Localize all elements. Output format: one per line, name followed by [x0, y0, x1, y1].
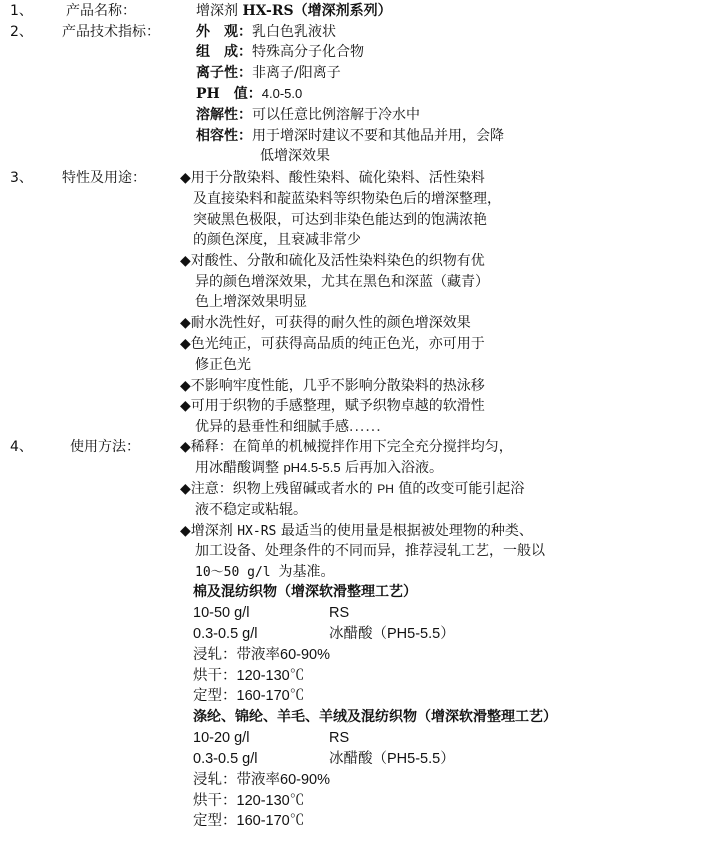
spec-value: 乳白色乳液状 [252, 24, 336, 40]
product-name-value: 增深剂 HX-RS（增深剂系列） [196, 1, 392, 21]
step-key: 浸轧： [193, 647, 237, 663]
section-number-4: 4、 [10, 437, 33, 457]
spec-key: 离子性： [196, 65, 252, 81]
process-amount: 10-50 g/l [193, 605, 249, 621]
step-key: 烘干： [193, 668, 237, 684]
product-code: HX-RS [237, 524, 276, 539]
feature-item: ◆耐水洗性好，可获得的耐久性的颜色增深效果 [180, 313, 471, 333]
step-key: 浸轧： [193, 772, 237, 788]
spec-solubility: 溶解性：可以任意比例溶解于冷水中 [196, 105, 420, 125]
bullet-diamond-icon: ◆ [180, 315, 191, 331]
usage-text-part: 为基准。 [278, 564, 334, 580]
trailing-dots: ...... [349, 419, 382, 435]
section-number-2: 2、 [10, 22, 33, 42]
bullet-diamond-icon: ◆ [180, 253, 191, 269]
usage-text-part: 用冰醋酸调整 [195, 460, 283, 476]
label-tech-specs: 产品技术指标： [62, 22, 160, 42]
spec-compatibility: 相容性：用于增深时建议不要和其他品并用，会降 [196, 126, 504, 146]
usage-item: ◆注意：织物上残留碱或者水的 PH 值的改变可能引起浴 [180, 479, 524, 499]
bullet-diamond-icon: ◆ [180, 398, 191, 414]
process-step: 烘干：120-130℃ [193, 666, 304, 686]
feature-text: 用于分散染料、酸性染料、硫化染料、活性染料 [191, 170, 485, 186]
usage-item: ◆增深剂 HX-RS 最适当的使用量是根据被处理物的种类、 [180, 521, 533, 541]
process-row: 10-20 g/lRS [193, 728, 249, 748]
spec-composition: 组 成：特殊高分子化合物 [196, 42, 364, 62]
spec-appearance: 外 观：乳白色乳液状 [196, 22, 336, 42]
usage-text: 稀释：在简单的机械搅拌作用下完全充分搅拌均匀， [191, 439, 513, 455]
label-usage: 使用方法： [70, 437, 140, 457]
step-value: 带液率60-90% [237, 647, 330, 663]
ph-range: pH4.5-5.5 [283, 460, 340, 475]
spec-value: 4.0-5.0 [262, 86, 302, 101]
process-agent: 冰醋酸（PH5-5.5） [329, 749, 455, 769]
step-value: 带液率60-90% [237, 772, 330, 788]
process-step: 定型：160-170℃ [193, 686, 304, 706]
feature-text: 色光纯正，可获得高品质的纯正色光，亦可用于 [191, 336, 485, 352]
spec-ionic: 离子性：非离子/阳离子 [196, 63, 341, 83]
step-key: 烘干： [193, 793, 237, 809]
feature-text: 及直接染料和靛蓝染料等织物染色后的增深整理， [193, 189, 501, 209]
process-title-polyester: 涤纶、锦纶、羊毛、羊绒及混纺织物（增深软滑整理工艺） [193, 707, 557, 727]
spec-compatibility-cont: 低增深效果 [260, 146, 330, 166]
spec-ph: PH 值：4.0-5.0 [196, 84, 302, 104]
section-number-3: 3、 [10, 168, 33, 188]
feature-text-last: 优异的悬垂性和细腻手感...... [195, 417, 382, 437]
process-amount: 0.3-0.5 g/l [193, 751, 258, 767]
bullet-diamond-icon: ◆ [180, 336, 191, 352]
process-step: 浸轧：带液率60-90% [193, 645, 330, 665]
feature-text: 修正色光 [195, 355, 251, 375]
dosage: 10～50 g/l [195, 565, 278, 580]
process-row: 0.3-0.5 g/l冰醋酸（PH5-5.5） [193, 624, 258, 644]
process-step: 浸轧：带液率60-90% [193, 770, 330, 790]
feature-item: ◆对酸性、分散和硫化及活性染料染色的织物有优 [180, 251, 485, 271]
usage-item: ◆稀释：在简单的机械搅拌作用下完全充分搅拌均匀， [180, 437, 513, 457]
process-amount: 0.3-0.5 g/l [193, 626, 258, 642]
feature-text: 可用于织物的手感整理，赋予织物卓越的软滑性 [191, 398, 485, 414]
usage-text: 增深剂 [191, 523, 237, 539]
product-name-prefix: 增深剂 [196, 3, 242, 19]
spec-value: 非离子/阳离子 [252, 65, 341, 81]
step-key: 定型： [193, 688, 237, 704]
spec-key: 组 成： [196, 44, 252, 60]
usage-text: 加工设备、处理条件的不同而异，推荐浸轧工艺，一般以 [195, 541, 545, 561]
process-agent: RS [329, 728, 349, 748]
bullet-diamond-icon: ◆ [180, 481, 191, 497]
spec-key: PH 值： [196, 86, 262, 102]
process-step: 烘干：120-130℃ [193, 791, 304, 811]
spec-key: 外 观： [196, 24, 252, 40]
feature-item: ◆不影响牢度性能，几乎不影响分散染料的热泳移 [180, 376, 485, 396]
feature-item: ◆色光纯正，可获得高品质的纯正色光，亦可用于 [180, 334, 485, 354]
usage-text-part: 值的改变可能引起浴 [394, 481, 524, 497]
process-amount: 10-20 g/l [193, 730, 249, 746]
usage-text-part: 后再加入浴液。 [341, 460, 443, 476]
step-value: 120-130℃ [237, 793, 305, 809]
feature-text: 异的颜色增深效果，尤其在黑色和深蓝（藏青） [195, 272, 489, 292]
usage-text: 液不稳定或粘辊。 [195, 500, 307, 520]
feature-text: 对酸性、分散和硫化及活性染料染色的织物有优 [191, 253, 485, 269]
feature-text: 的颜色深度，且衰减非常少 [193, 230, 361, 250]
bullet-diamond-icon: ◆ [180, 170, 191, 186]
step-value: 160-170℃ [237, 688, 305, 704]
spec-key: 相容性： [196, 128, 252, 144]
feature-text: 色上增深效果明显 [195, 292, 307, 312]
feature-text: 耐水洗性好，可获得的耐久性的颜色增深效果 [191, 315, 471, 331]
process-title-cotton: 棉及混纺织物（增深软滑整理工艺） [193, 582, 417, 602]
step-key: 定型： [193, 813, 237, 829]
process-agent: 冰醋酸（PH5-5.5） [329, 624, 455, 644]
usage-text: 10～50 g/l 为基准。 [195, 562, 334, 582]
spec-key: 溶解性： [196, 107, 252, 123]
step-value: 120-130℃ [237, 668, 305, 684]
process-row: 0.3-0.5 g/l冰醋酸（PH5-5.5） [193, 749, 258, 769]
spec-value: 可以任意比例溶解于冷水中 [252, 107, 420, 123]
label-features: 特性及用途： [62, 168, 146, 188]
bullet-diamond-icon: ◆ [180, 378, 191, 394]
usage-text: 注意：织物上残留碱或者水的 [191, 481, 377, 497]
feature-text: 突破黑色极限，可达到非染色能达到的饱满浓艳 [193, 210, 487, 230]
step-value: 160-170℃ [237, 813, 305, 829]
process-step: 定型：160-170℃ [193, 811, 304, 831]
usage-text: 用冰醋酸调整 pH4.5-5.5 后再加入浴液。 [195, 458, 443, 478]
product-name-bold: HX-RS（增深剂系列） [242, 3, 391, 19]
spec-value: 特殊高分子化合物 [252, 44, 364, 60]
bullet-diamond-icon: ◆ [180, 439, 191, 455]
feature-text: 优异的悬垂性和细腻手感 [195, 419, 349, 435]
feature-item: ◆用于分散染料、酸性染料、硫化染料、活性染料 [180, 168, 485, 188]
ph-word: PH [377, 482, 394, 496]
label-product-name: 产品名称： [66, 1, 136, 21]
process-agent: RS [329, 603, 349, 623]
usage-text-part: 最适当的使用量是根据被处理物的种类、 [276, 523, 532, 539]
process-row: 10-50 g/lRS [193, 603, 249, 623]
feature-text: 不影响牢度性能，几乎不影响分散染料的热泳移 [191, 378, 485, 394]
spec-value: 用于增深时建议不要和其他品并用，会降 [252, 128, 504, 144]
bullet-diamond-icon: ◆ [180, 523, 191, 539]
feature-item: ◆可用于织物的手感整理，赋予织物卓越的软滑性 [180, 396, 485, 416]
section-number-1: 1、 [10, 1, 33, 21]
